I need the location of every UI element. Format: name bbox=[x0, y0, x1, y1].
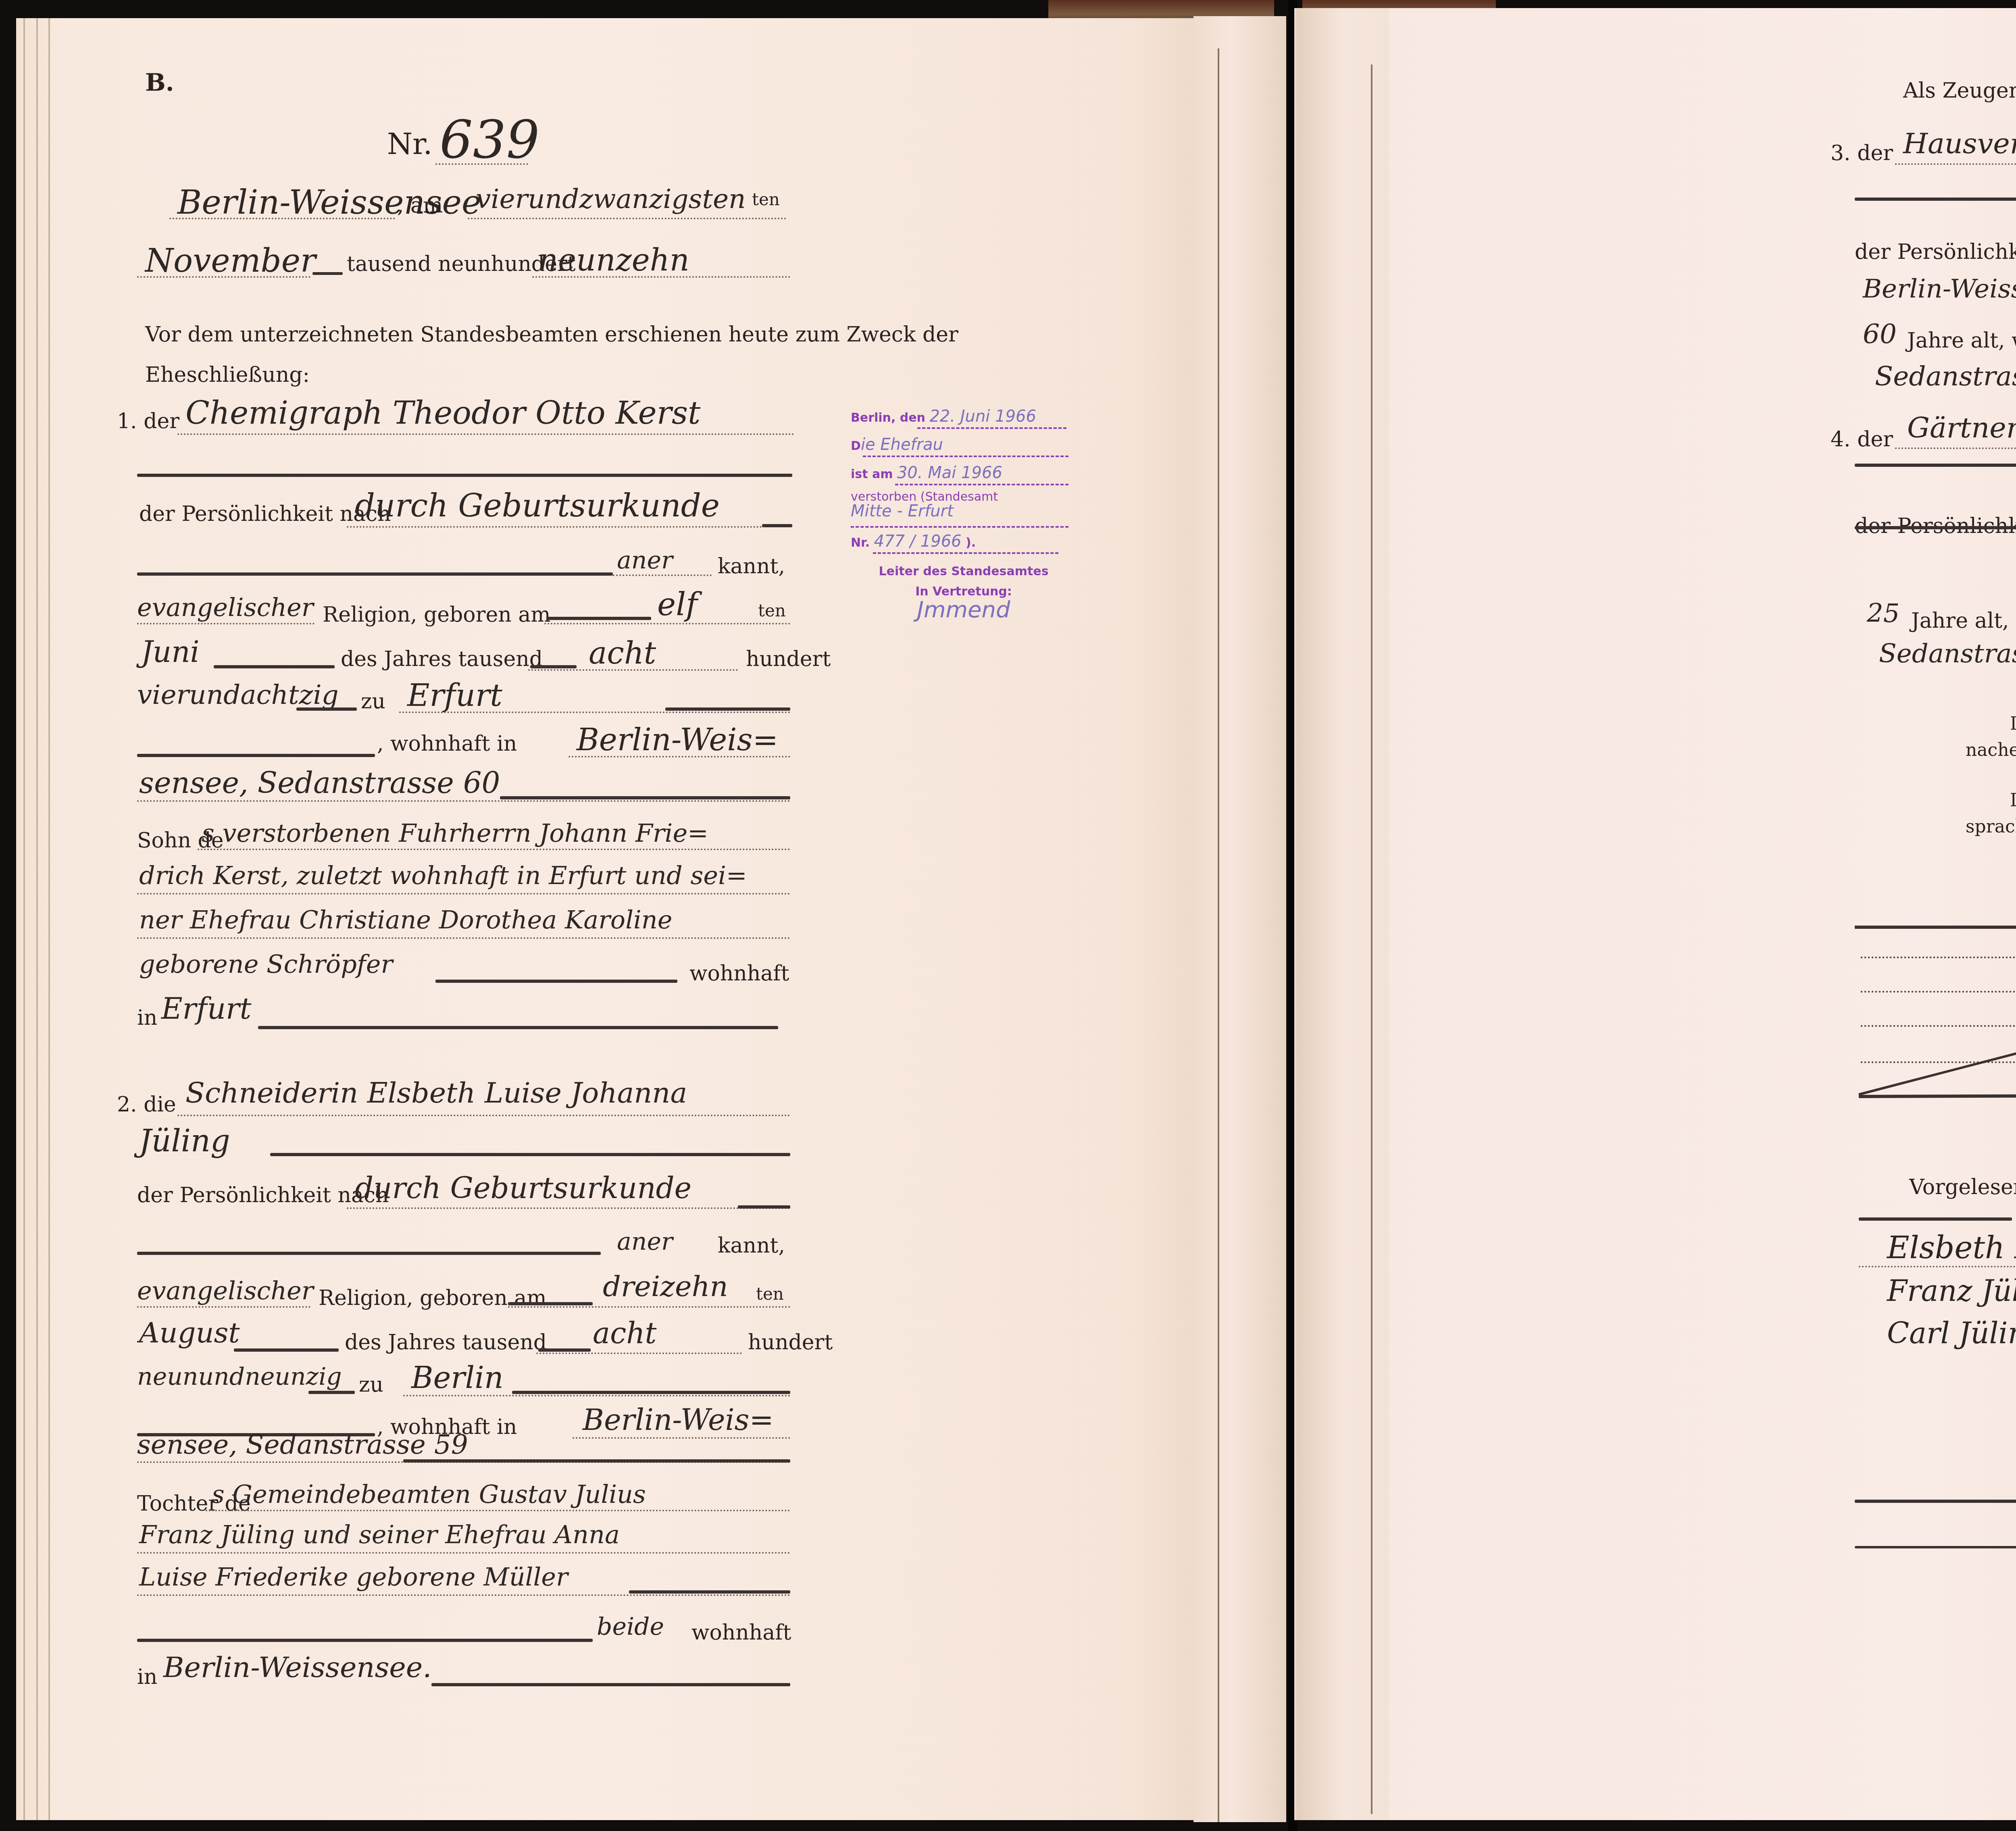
filler-rule bbox=[1855, 1500, 2016, 1503]
signature-bride: Elsbeth Kerst geborene Jüling bbox=[1887, 1230, 2016, 1265]
strike-through-z bbox=[0, 0, 2016, 1831]
register-book: B. Nr. 639 Berlin-Weissensee , am vierun… bbox=[0, 0, 2016, 1831]
filler-rule bbox=[1859, 1217, 2012, 1221]
signature-underline bbox=[1859, 1266, 2016, 1267]
closing-label: Vorgelesen, genehmigt und bbox=[1909, 1175, 2016, 1199]
signature-witness4: Carl Jüling. bbox=[1887, 1316, 2016, 1350]
filler-rule bbox=[1855, 1546, 2016, 1548]
signature-witness3: Franz Jüling bbox=[1887, 1274, 2016, 1308]
